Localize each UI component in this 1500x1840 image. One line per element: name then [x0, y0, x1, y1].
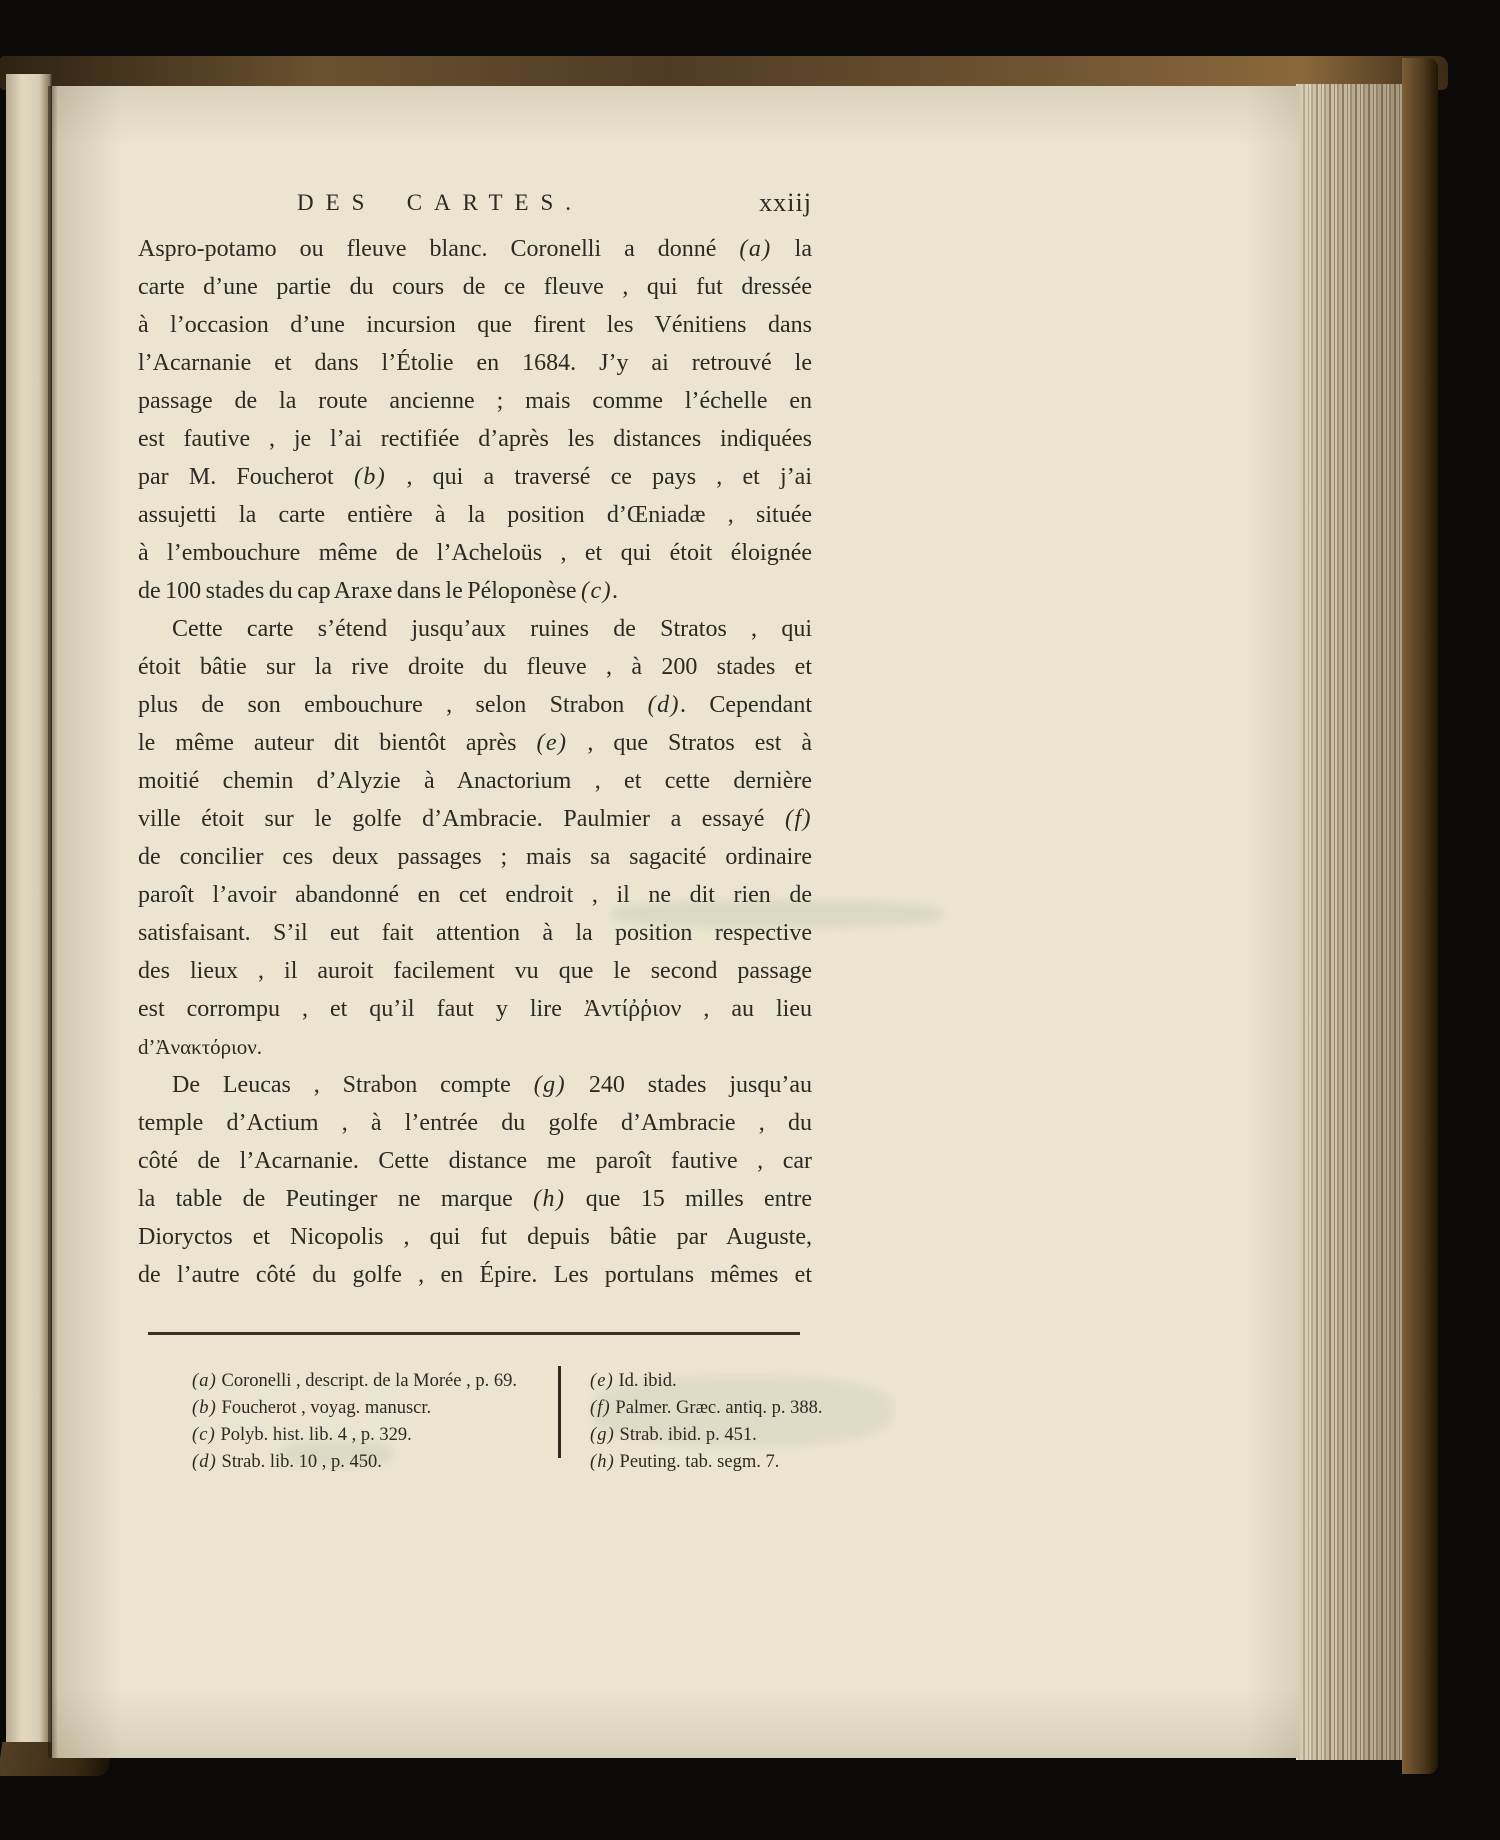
text-line: carte d’une partie du cours de ce fleuve… — [138, 268, 812, 306]
text-line: de 100 stades du cap Araxe dans le Pélop… — [138, 572, 812, 610]
text-line: satisfaisant. S’il eut fait attention à … — [138, 914, 812, 952]
footnote: (c) Polyb. hist. lib. 4 , p. 329. — [192, 1422, 558, 1449]
text-line: plus de son embouchure , selon Strabon (… — [138, 686, 812, 724]
text-line: temple d’Actium , à l’entrée du golfe d’… — [138, 1104, 812, 1142]
footnote: (e) Id. ibid. — [590, 1368, 812, 1395]
text-line-greek: d’Ἀνακτόριον. — [138, 1028, 812, 1066]
text-line: par M. Foucherot (b) , qui a traversé ce… — [138, 458, 812, 496]
text-line: Aspro-potamo ou fleuve blanc. Coronelli … — [138, 230, 812, 268]
text-line: De Leucas , Strabon compte (g) 240 stade… — [138, 1066, 812, 1104]
text-line: Cette carte s’étend jusqu’aux ruines de … — [138, 610, 812, 648]
text-line: moitié chemin d’Alyzie à Anactorium , et… — [138, 762, 812, 800]
text-line: assujetti la carte entière à la position… — [138, 496, 812, 534]
footnote: (h) Peuting. tab. segm. 7. — [590, 1449, 812, 1476]
text-line: côté de l’Acarnanie. Cette distance me p… — [138, 1142, 812, 1180]
text-line: à l’occasion d’une incursion que firent … — [138, 306, 812, 344]
book-cover-right-edge — [1402, 58, 1438, 1774]
text-line: est corrompu , et qu’il faut y lire Ἀντί… — [138, 990, 812, 1028]
text-line: la table de Peutinger ne marque (h) que … — [138, 1180, 812, 1218]
text-line: Dioryctos et Nicopolis , qui fut depuis … — [138, 1218, 812, 1256]
book-scan-photo: { "header": { "title": "DES CARTES.", "p… — [0, 0, 1500, 1840]
footnote-column-left: (a) Coronelli , descript. de la Morée , … — [192, 1368, 558, 1476]
text-line: l’Acarnanie et dans l’Étolie en 1684. J’… — [138, 344, 812, 382]
footnote-rule — [148, 1332, 800, 1335]
page-title: DES CARTES. — [138, 190, 742, 216]
running-header: DES CARTES. xxiij — [138, 190, 812, 230]
footnote: (b) Foucherot , voyag. manuscr. — [192, 1395, 558, 1422]
text-line: le même auteur dit bientôt après (e) , q… — [138, 724, 812, 762]
text-line: est fautive , je l’ai rectifiée d’après … — [138, 420, 812, 458]
footnote: (a) Coronelli , descript. de la Morée , … — [192, 1368, 558, 1395]
text-line: ville étoit sur le golfe d’Ambracie. Pau… — [138, 800, 812, 838]
text-line: paroît l’avoir abandonné en cet endroit … — [138, 876, 812, 914]
body-text: Aspro-potamo ou fleuve blanc. Coronelli … — [138, 230, 812, 1294]
book-cover-top-edge — [0, 56, 1448, 90]
text-line: des lieux , il auroit facilement vu que … — [138, 952, 812, 990]
text-line: passage de la route ancienne ; mais comm… — [138, 382, 812, 420]
text-line: de l’autre côté du golfe , en Épire. Les… — [138, 1256, 812, 1294]
page-number: xxiij — [759, 188, 812, 218]
text-line: de concilier ces deux passages ; mais sa… — [138, 838, 812, 876]
fore-edge-shading — [1296, 84, 1406, 1760]
gutter-shadow — [48, 86, 58, 1758]
page: DES CARTES. xxiij Aspro-potamo ou fleuve… — [52, 86, 1300, 1758]
footnote: (g) Strab. ibid. p. 451. — [590, 1422, 812, 1449]
footnote: (f) Palmer. Græc. antiq. p. 388. — [590, 1395, 812, 1422]
footnote: (d) Strab. lib. 10 , p. 450. — [192, 1449, 558, 1476]
footnote-column-divider — [558, 1366, 561, 1458]
facing-page-edge — [6, 74, 52, 1774]
footnote-column-right: (e) Id. ibid. (f) Palmer. Græc. antiq. p… — [590, 1368, 812, 1476]
text-line: étoit bâtie sur la rive droite du fleuve… — [138, 648, 812, 686]
text-line: à l’embouchure même de l’Acheloüs , et q… — [138, 534, 812, 572]
